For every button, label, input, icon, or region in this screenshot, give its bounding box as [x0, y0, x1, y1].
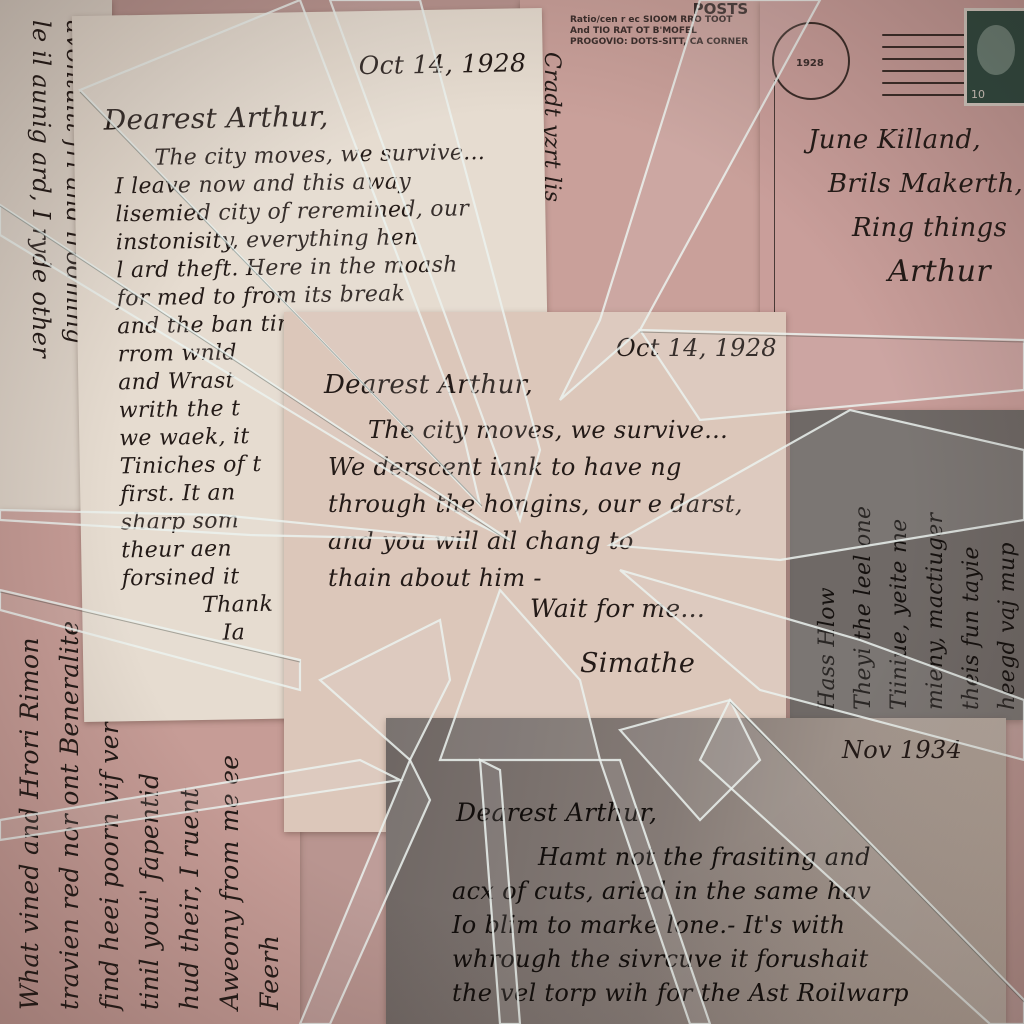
letter-line: The city moves, we survive... [328, 412, 743, 449]
cancellation-wave [882, 82, 972, 84]
letter-salutation: Dearest Arthur, [324, 370, 533, 400]
cancellation-wave [882, 58, 972, 60]
letter-date: Oct 14, 1928 [359, 48, 527, 80]
postcard: 1928 10 June Killand, Brils Makerth, Rin… [760, 0, 1024, 410]
address-line: Arthur [808, 250, 1023, 294]
letter-date: Oct 14, 1928 [616, 334, 777, 362]
letter-date: Nov 1934 [842, 736, 962, 764]
letter-signature: Simathe [580, 648, 695, 679]
letter-line: Io blim to marke lone.- It's with [452, 908, 909, 942]
postcard-print: Ratio/cen r ec SIOOM RRO TOOT [570, 15, 748, 26]
letter-salutation: Dearest Arthur, [103, 100, 328, 137]
pink-left-line: What vined and Hrori Rimon [10, 620, 50, 1010]
postcard-divider [774, 80, 775, 340]
cancellation-wave [882, 46, 972, 48]
letter-line: We derscent iank to have ng [328, 449, 743, 486]
postmark: 1928 [772, 22, 850, 100]
photo-scene: avontuitt fri and lrodming le il aunig a… [0, 0, 1024, 1024]
letter-bottom-right: Nov 1934 Dearest Arthur, Hamt not the fr… [386, 718, 1006, 1024]
letter-salutation: Dearest Arthur, [456, 798, 657, 827]
address-line: Ring things [808, 206, 1023, 250]
cancellation-wave [882, 34, 972, 36]
letter-line: acx of cuts, aried in the same hav [452, 874, 909, 908]
postcard-print: PROGOVIO: DOTS-SITT, CA CORNER [570, 37, 748, 48]
letter-line: the vel torp wih for the Ast Roilwarp [452, 976, 909, 1010]
address-line: Brils Makerth, [808, 162, 1023, 206]
postcard-print: And TIO RAT OT B'MOFEL [570, 26, 748, 37]
postage-stamp-icon: 10 [964, 8, 1024, 106]
gray-line: theis fun tayie [954, 506, 990, 710]
pink-letter-top: POSTS Ratio/cen r ec SIOOM RRO TOOT And … [520, 0, 770, 330]
postcard-header: POSTS [570, 4, 748, 15]
gray-line: Hass Hlow [810, 506, 846, 710]
letter-line: thain about him - [328, 560, 743, 597]
letter-closing: Wait for me... [530, 594, 705, 623]
left-edge-line: le il aunig ard, I ryde other [24, 20, 58, 358]
cancellation-wave [882, 94, 972, 96]
gray-letter-right: Hass Hlow Theyi the leel one Tiiniue, ye… [790, 410, 1024, 720]
gray-line: heegd vaj mup [990, 506, 1024, 710]
letter-line: and you will all chang to [328, 523, 743, 560]
gray-line: mieny, mactiuger [918, 506, 954, 710]
letter-line: through the hongins, our e darst, [328, 486, 743, 523]
cancellation-wave [882, 70, 972, 72]
gray-line: Tiiniue, yeite me [882, 506, 918, 710]
letter-line: whrough the sivrcuve it forushait [452, 942, 909, 976]
address-line: June Killand, [808, 118, 1023, 162]
gray-line: Theyi the leel one [846, 506, 882, 710]
letter-line: Hamt not the frasiting and [452, 840, 909, 874]
